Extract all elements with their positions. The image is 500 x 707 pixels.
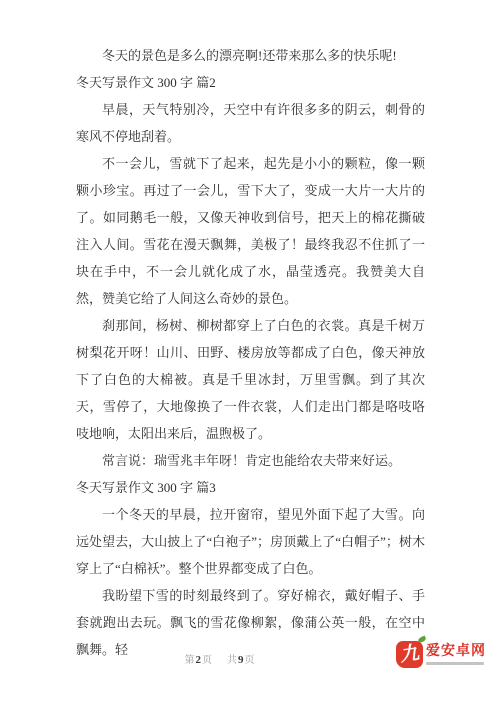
section-heading: 冬天写景作文 300 字 篇2 [76,69,425,96]
page-indicator: 第2页 [185,655,214,666]
logo-tagline [426,662,484,665]
paragraph: 不一会儿，雪就下了起来，起先是小小的颗粒，像一颗颗小珍宝。再过了一会儿，雪下大了… [76,150,425,312]
paragraph: 早晨，天气特别冷，天空中有许很多多的阴云，刺骨的寒风不停地刮着。 [76,96,425,150]
page-prefix-label: 第 [185,655,196,666]
total-prefix-label: 共 [227,655,238,666]
page-suffix-label: 页 [202,655,213,666]
site-logo: 九 爱安卓网 [396,641,486,668]
document-page: 冬天的景色是多么的漂亮啊!还带来那么多的快乐呢!冬天写景作文 300 字 篇2早… [0,0,500,707]
logo-brand-text: 爱安卓网 [426,644,486,660]
paragraph: 冬天的景色是多么的漂亮啊!还带来那么多的快乐呢! [76,42,425,69]
document-body: 冬天的景色是多么的漂亮啊!还带来那么多的快乐呢!冬天写景作文 300 字 篇2早… [76,42,425,663]
seal-character: 九 [399,644,420,665]
paragraph: 常言说：瑞雪兆丰年呀！肯定也能给农夫带来好运。 [76,447,425,474]
paragraph: 刹那间，杨树、柳树都穿上了白色的衣裳。真是千树万树梨花开呀！山川、田野、楼房放等… [76,312,425,447]
logo-seal-icon: 九 [396,641,423,668]
section-heading: 冬天写景作文 300 字 篇3 [76,474,425,501]
total-pages-indicator: 共9页 [227,655,256,666]
paragraph: 一个冬天的早晨，拉开窗帘，望见外面下起了大雪。向远处望去，大山披上了“白袍子”；… [76,501,425,582]
page-footer: 第2页共9页 [0,651,440,666]
total-suffix-label: 页 [245,655,256,666]
